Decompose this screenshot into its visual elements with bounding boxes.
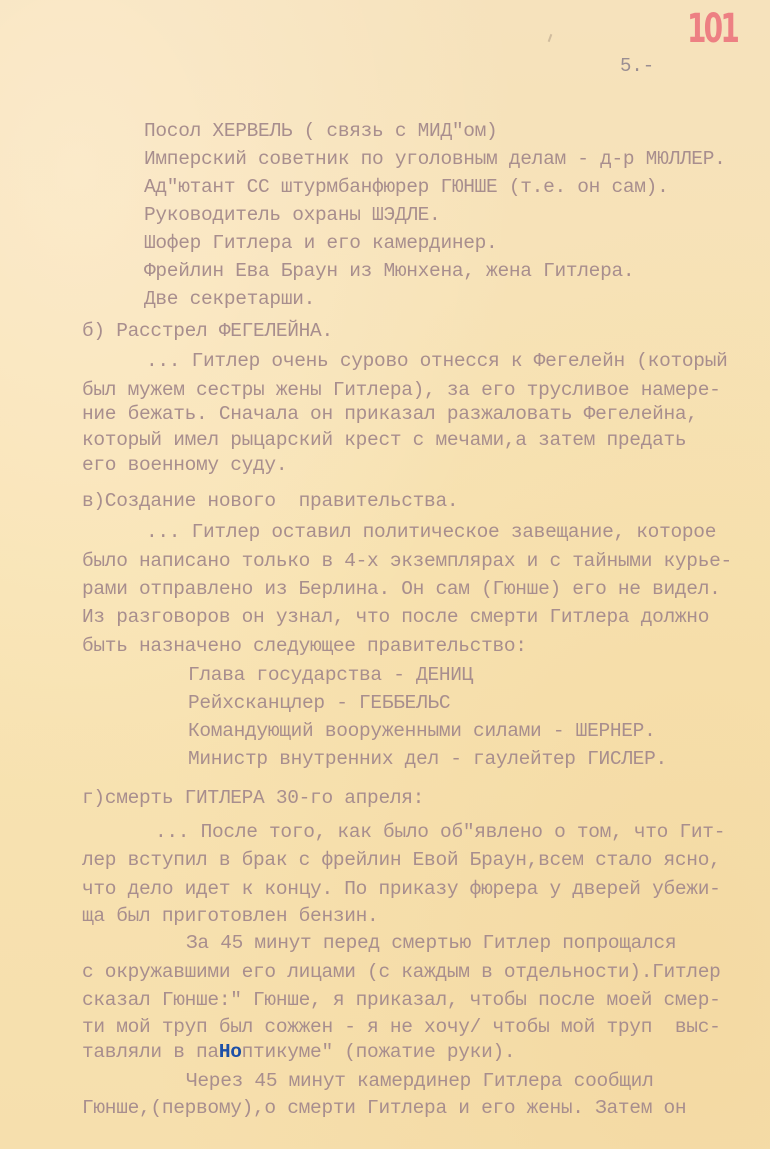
paragraph-line: с окружавшими его лицами (с каждым в отд… <box>82 963 721 983</box>
paragraph-line: За 45 минут перед смертью Гитлер попроща… <box>186 934 676 954</box>
staff-line-2: Имперский советник по уголовным делам - … <box>144 150 726 170</box>
paragraph-line-corrected: тавляли в паНоптикуме" (пожатие руки). <box>82 1043 515 1063</box>
paragraph-line: ти мой труп был сожжен - я не хочу/ чтоб… <box>82 1018 721 1038</box>
government-line-1: Глава государства - ДЕНИЦ <box>188 666 473 686</box>
paragraph-line: сказал Гюнше:" Гюнше, я приказал, чтобы … <box>82 991 721 1011</box>
text-segment: птикуме" (пожатие руки). <box>242 1041 516 1063</box>
page-number: 5.- <box>620 55 654 77</box>
paragraph-line: его военному суду. <box>82 456 287 476</box>
paragraph-line: ... После того, как было об"явлено о том… <box>155 823 725 843</box>
paragraph-line: ... Гитлер оставил политическое завещани… <box>146 523 716 543</box>
paragraph-line: Из разговоров он узнал, что после смерти… <box>82 608 709 628</box>
paragraph-line: было написано только в 4-х экземплярах и… <box>82 552 732 572</box>
staff-line-1: Посол ХЕРВЕЛЬ ( связь с МИД"ом) <box>144 122 497 142</box>
staff-line-5: Шофер Гитлера и его камердинер. <box>144 234 497 254</box>
staff-line-7: Две секретарши. <box>144 290 315 310</box>
paragraph-line: что дело идет к концу. По приказу фюрера… <box>82 880 721 900</box>
government-line-3: Командующий вооруженными силами - ШЕРНЕР… <box>188 722 655 742</box>
government-line-2: Рейхсканцлер - ГЕББЕЛЬС <box>188 694 450 714</box>
section-heading-v: в)Создание нового правительства. <box>82 492 458 512</box>
section-heading-g: г)смерть ГИТЛЕРА 30-го апреля: <box>82 789 424 809</box>
staff-line-6: Фрейлин Ева Браун из Мюнхена, жена Гитле… <box>144 262 634 282</box>
document-page: 101 5.- Посол ХЕРВЕЛЬ ( связь с МИД"ом) … <box>0 0 770 1149</box>
text-segment: тавляли в па <box>82 1041 219 1063</box>
staff-line-3: Ад"ютант СС штурмбанфюрер ГЮНШЕ (т.е. он… <box>144 178 669 198</box>
paragraph-line: был мужем сестры жены Гитлера), за его т… <box>82 381 721 401</box>
government-line-4: Министр внутренних дел - гаулейтер ГИСЛЕ… <box>188 750 667 770</box>
paragraph-line: который имел рыцарский крест с мечами,а … <box>82 431 686 451</box>
paragraph-line: быть назначено следующее правительство: <box>82 637 527 657</box>
folio-number: 101 <box>687 6 737 52</box>
paragraph-line: ние бежать. Сначала он приказал разжалов… <box>82 405 698 425</box>
paragraph-line: лер вступил в брак с фрейлин Евой Браун,… <box>82 851 721 871</box>
paragraph-line: Через 45 минут камердинер Гитлера сообщи… <box>186 1072 653 1092</box>
staff-line-4: Руководитель охраны ШЭДЛЕ. <box>144 206 440 226</box>
paragraph-line: ща был приготовлен бензин. <box>82 907 378 927</box>
pencil-mark <box>548 34 553 42</box>
paragraph-line: рами отправлено из Берлина. Он сам (Гюнш… <box>82 580 721 600</box>
handwritten-correction: Но <box>219 1041 242 1063</box>
section-heading-b: б) Расстрел ФЕГЕЛЕЙНА. <box>82 322 333 342</box>
paragraph-line: Гюнше,(первому),о смерти Гитлера и его ж… <box>82 1099 686 1119</box>
paragraph-line: ... Гитлер очень сурово отнесся к Фегеле… <box>146 352 728 372</box>
